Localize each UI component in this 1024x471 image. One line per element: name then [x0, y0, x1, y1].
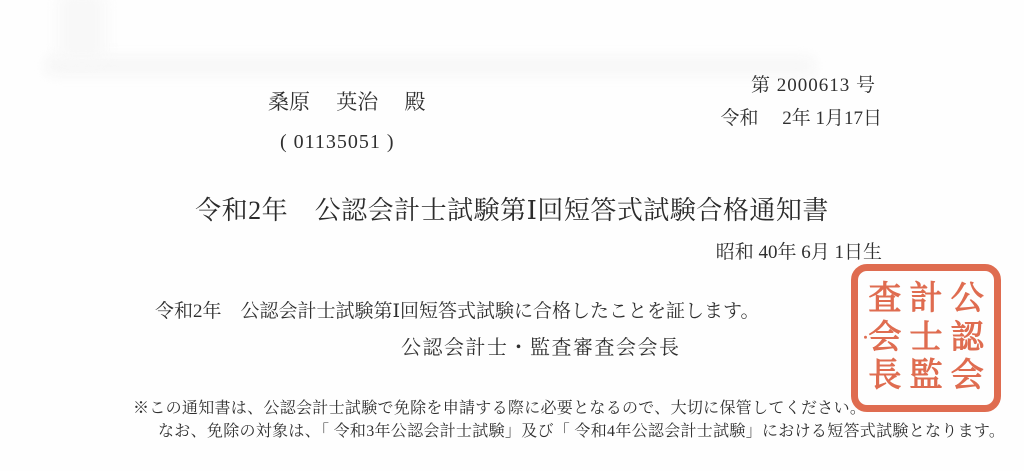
seal-separator-dot: ・ [859, 330, 872, 345]
certification-statement: 令和2年 公認会計士試験第Ⅰ回短答式試験に合格したことを証します。 [155, 296, 760, 323]
recipient-examinee-number: ( 01135051 ) [280, 131, 395, 154]
official-red-seal: 公認会 計士監 査会長 ・ [851, 264, 1001, 412]
scan-artifact-blob [58, 0, 106, 62]
document-title: 令和2年 公認会計士試験第Ⅰ回短答式試験合格通知書 [0, 190, 1024, 227]
birth-date: 昭和 40年 6月 1日生 [716, 237, 882, 264]
footnote-line-2: なお、免除の対象は、「 令和3年公認会計士試験」及び「 令和4年公認会計士試験」… [158, 418, 1005, 441]
document-number: 第 2000613 号 [751, 70, 876, 97]
issuer-signature: 公認会計士・監査審査会会長 [401, 331, 681, 360]
seal-column-middle: 計士監 [908, 280, 944, 397]
issue-date: 令和 2年 1月17日 [720, 103, 882, 130]
recipient-name: 桑原 英治 殿 [268, 86, 426, 116]
scan-artifact-band [45, 56, 815, 76]
pass-notification-document: 第 2000613 号 令和 2年 1月17日 桑原 英治 殿 ( 011350… [0, 0, 1024, 471]
seal-column-left: 査会長 [867, 280, 903, 397]
seal-column-right: 公認会 [949, 280, 985, 397]
footnote-line-1: ※この通知書は、公認会計士試験で免除を申請する際に必要となるので、大切に保管して… [133, 395, 866, 418]
